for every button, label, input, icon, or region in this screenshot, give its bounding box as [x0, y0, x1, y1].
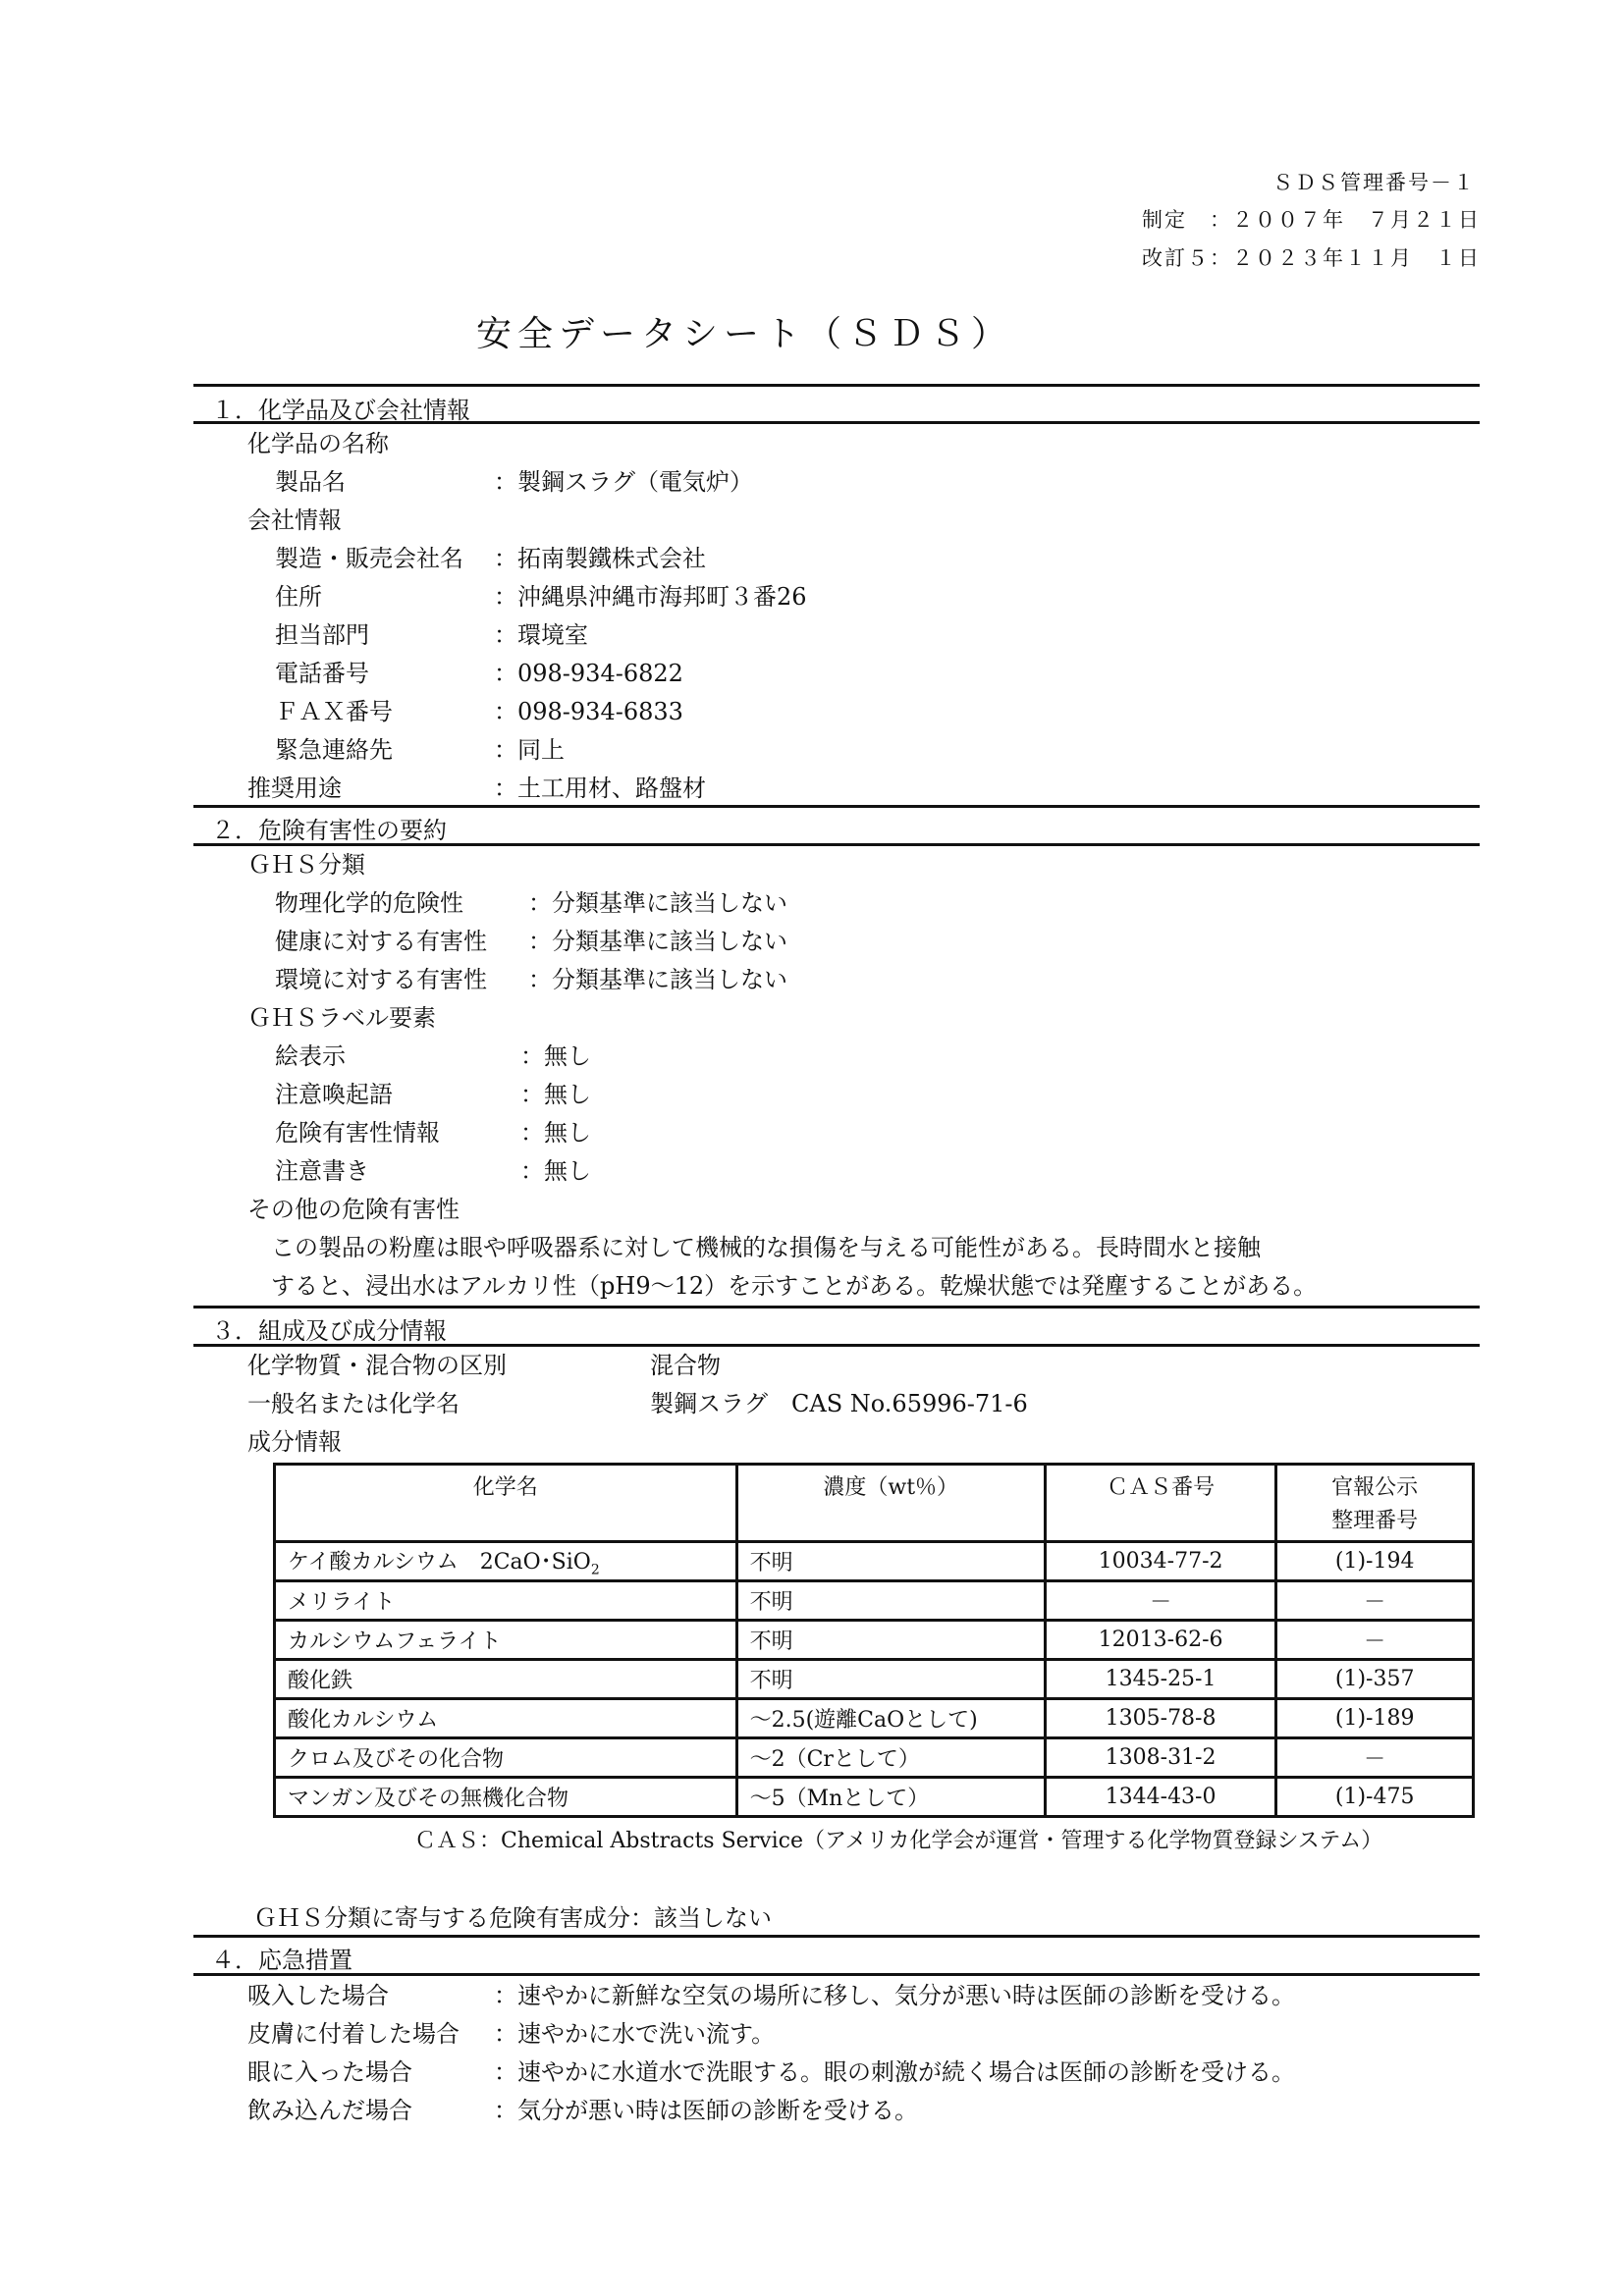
component-table: 化学名 濃度（wt％） ＣＡＳ番号 官報公示 整理番号 ケイ酸カルシウム 2Ca…	[273, 1463, 1475, 1818]
cell-concentration: ～2.5(遊離CaOとして)	[736, 1699, 1045, 1738]
other-hazards-heading: その他の危険有害性	[247, 1195, 460, 1224]
header-gazette-number: 官報公示 整理番号	[1276, 1465, 1474, 1542]
cell-gazette-number: (1)-357	[1276, 1660, 1474, 1699]
cell-concentration: 不明	[736, 1660, 1045, 1699]
cell-cas-number: 12013-62-6	[1045, 1621, 1276, 1660]
substance-distinction-value: 混合物	[650, 1351, 721, 1380]
ghs-class-value: ：分類基準に該当しない	[528, 888, 787, 918]
table-row: クロム及びその化合物 ～2（Crとして） 1308-31-2 －	[275, 1738, 1474, 1778]
first-aid-value: ：速やかに水道水で洗眼する。眼の刺激が続く場合は医師の診断を受ける。	[494, 2057, 1295, 2087]
ghs-label-item-label: 絵表示	[275, 1041, 346, 1071]
table-row: ケイ酸カルシウム 2CaO･SiO2 不明 10034-77-2 (1)-194	[275, 1542, 1474, 1581]
other-hazards-text-line1: この製品の粉塵は眼や呼吸器系に対して機械的な損傷を与える可能性がある。長時間水と…	[271, 1233, 1261, 1262]
cell-gazette-number: －	[1276, 1581, 1474, 1621]
section-3-title: ３．組成及び成分情報	[211, 1311, 447, 1346]
company-item-label: 緊急連絡先	[275, 735, 393, 765]
table-row: 酸化鉄 不明 1345-25-1 (1)-357	[275, 1660, 1474, 1699]
cell-cas-number: 1344-43-0	[1045, 1778, 1276, 1817]
company-item-value: ：098-934-6822	[494, 659, 683, 688]
ghs-label-item-value: ：無し	[520, 1118, 591, 1148]
chemical-name-heading: 化学品の名称	[247, 429, 389, 458]
company-item-value: ：沖縄県沖縄市海邦町３番26	[494, 582, 807, 612]
section-4-title: ４．応急措置	[211, 1941, 352, 1975]
table-row: マンガン及びその無機化合物 ～5（Mnとして） 1344-43-0 (1)-47…	[275, 1778, 1474, 1817]
section-divider	[193, 421, 1480, 424]
ghs-class-label: 健康に対する有害性	[275, 927, 487, 956]
section-divider	[193, 1306, 1480, 1308]
company-item-value: ：同上	[494, 735, 565, 765]
product-name-value: ：製鋼スラグ（電気炉）	[494, 467, 753, 497]
company-item-label: 担当部門	[275, 620, 369, 650]
section-divider	[193, 805, 1480, 808]
company-item-label: 住所	[275, 582, 322, 612]
section-1-title: １．化学品及び会社情報	[211, 391, 470, 425]
first-aid-label: 吸入した場合	[247, 1981, 389, 2010]
section-divider	[193, 1935, 1480, 1938]
header-concentration: 濃度（wt％）	[736, 1465, 1045, 1542]
first-aid-label: 飲み込んだ場合	[247, 2096, 412, 2125]
product-name-label: 製品名	[275, 467, 346, 497]
cell-cas-number: －	[1045, 1581, 1276, 1621]
cell-gazette-number: (1)-194	[1276, 1542, 1474, 1581]
chemical-name-value: 製鋼スラグ CAS No.65996-71-6	[650, 1389, 1028, 1418]
header-chemical-name: 化学名	[275, 1465, 737, 1542]
recommended-use-label: 推奨用途	[247, 774, 342, 803]
section-divider	[193, 1344, 1480, 1347]
ghs-class-value: ：分類基準に該当しない	[528, 927, 787, 956]
cell-cas-number: 1308-31-2	[1045, 1738, 1276, 1778]
first-aid-value: ：速やかに新鮮な空気の場所に移し、気分が悪い時は医師の診断を受ける。	[494, 1981, 1295, 2010]
revised-date: 改訂５：２０２３年１１月 １日	[1142, 242, 1481, 272]
company-item-label: 電話番号	[275, 659, 369, 688]
table-row: 酸化カルシウム ～2.5(遊離CaOとして) 1305-78-8 (1)-189	[275, 1699, 1474, 1738]
cell-chemical-name: マンガン及びその無機化合物	[275, 1778, 737, 1817]
company-item-value: ：098-934-6833	[494, 697, 683, 726]
cell-chemical-name: クロム及びその化合物	[275, 1738, 737, 1778]
ghs-classification-heading: ＧＨＳ分類	[247, 850, 365, 880]
cas-footnote: ＣＡＳ：Chemical Abstracts Service（アメリカ化学会が運…	[414, 1827, 1382, 1856]
section-divider	[193, 843, 1480, 846]
company-item-value: ：環境室	[494, 620, 588, 650]
cell-concentration: 不明	[736, 1542, 1045, 1581]
ghs-label-item-value: ：無し	[520, 1156, 591, 1186]
cell-chemical-name: メリライト	[275, 1581, 737, 1621]
table-row: メリライト 不明 － －	[275, 1581, 1474, 1621]
table-row: カルシウムフェライト 不明 12013-62-6 －	[275, 1621, 1474, 1660]
first-aid-label: 皮膚に付着した場合	[247, 2019, 460, 2049]
first-aid-value: ：気分が悪い時は医師の診断を受ける。	[494, 2096, 918, 2125]
cell-cas-number: 10034-77-2	[1045, 1542, 1276, 1581]
cell-gazette-number: －	[1276, 1621, 1474, 1660]
company-item-label: ＦＡＸ番号	[275, 697, 393, 726]
ghs-label-item-label: 危険有害性情報	[275, 1118, 440, 1148]
section-2-title: ２．危険有害性の要約	[211, 811, 447, 845]
cell-concentration: ～2（Crとして）	[736, 1738, 1045, 1778]
sds-management-number: ＳＤＳ管理番号－１	[1272, 167, 1476, 196]
cell-chemical-name: カルシウムフェライト	[275, 1621, 737, 1660]
cell-concentration: 不明	[736, 1621, 1045, 1660]
first-aid-label: 眼に入った場合	[247, 2057, 412, 2087]
cell-gazette-number: (1)-189	[1276, 1699, 1474, 1738]
cell-chemical-name: 酸化カルシウム	[275, 1699, 737, 1738]
section-divider	[193, 1973, 1480, 1976]
company-item-label: 製造・販売会社名	[275, 544, 463, 573]
substance-distinction-label: 化学物質・混合物の区別	[247, 1351, 507, 1380]
ghs-class-label: 環境に対する有害性	[275, 965, 487, 994]
first-aid-value: ：速やかに水で洗い流す。	[494, 2019, 775, 2049]
section-divider	[193, 384, 1480, 387]
other-hazards-text-line2: すると、浸出水はアルカリ性（pH9～12）を示すことがある。乾燥状態では発塵する…	[271, 1271, 1317, 1301]
company-item-value: ：拓南製鐵株式会社	[494, 544, 706, 573]
ghs-contributing-components: ＧＨＳ分類に寄与する危険有害成分：該当しない	[253, 1903, 772, 1933]
cell-gazette-number: (1)-475	[1276, 1778, 1474, 1817]
ghs-class-label: 物理化学的危険性	[275, 888, 463, 918]
established-date: 制定 ：２００７年 ７月２１日	[1142, 204, 1481, 234]
recommended-use-value: ：土工用材、路盤材	[494, 774, 706, 803]
cell-concentration: ～5（Mnとして）	[736, 1778, 1045, 1817]
ghs-label-item-label: 注意喚起語	[275, 1080, 393, 1109]
document-title: 安全データシート（ＳＤＳ）	[476, 306, 1012, 356]
ghs-class-value: ：分類基準に該当しない	[528, 965, 787, 994]
cell-concentration: 不明	[736, 1581, 1045, 1621]
company-info-heading: 会社情報	[247, 506, 342, 535]
chemical-name-label: 一般名または化学名	[247, 1389, 460, 1418]
ghs-label-item-label: 注意書き	[275, 1156, 369, 1186]
cell-cas-number: 1305-78-8	[1045, 1699, 1276, 1738]
header-cas-number: ＣＡＳ番号	[1045, 1465, 1276, 1542]
component-info-heading: 成分情報	[247, 1427, 342, 1457]
cell-chemical-name: 酸化鉄	[275, 1660, 737, 1699]
table-header-row: 化学名 濃度（wt％） ＣＡＳ番号 官報公示 整理番号	[275, 1465, 1474, 1542]
ghs-label-elements-heading: ＧＨＳラベル要素	[247, 1003, 436, 1033]
ghs-label-item-value: ：無し	[520, 1080, 591, 1109]
ghs-label-item-value: ：無し	[520, 1041, 591, 1071]
cell-chemical-name: ケイ酸カルシウム 2CaO･SiO2	[275, 1542, 737, 1581]
cell-gazette-number: －	[1276, 1738, 1474, 1778]
cell-cas-number: 1345-25-1	[1045, 1660, 1276, 1699]
